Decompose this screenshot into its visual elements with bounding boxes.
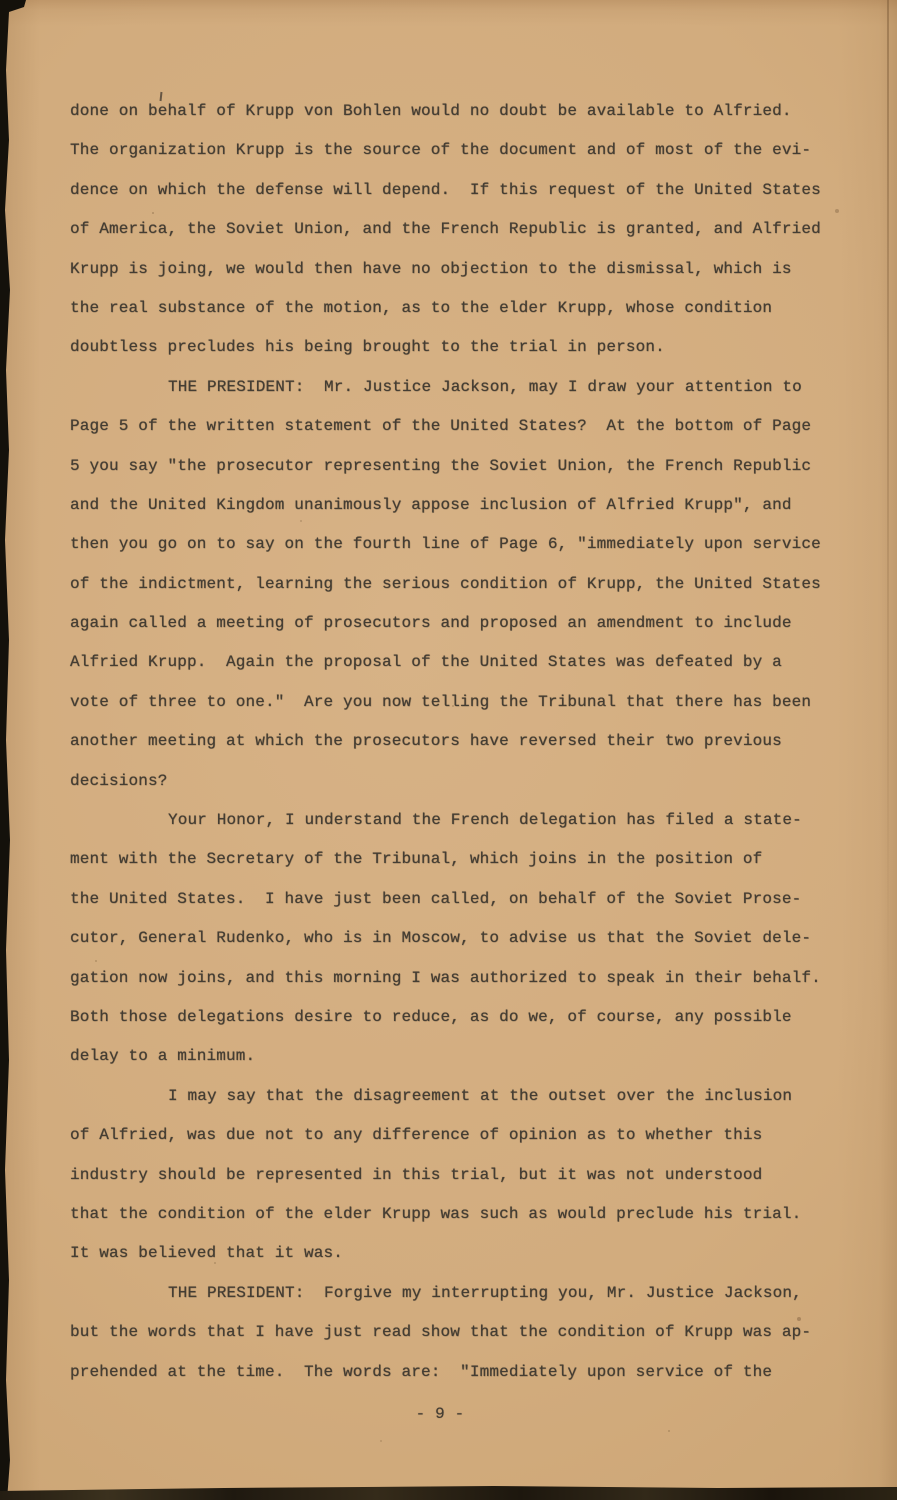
text-line: Krupp is joing, we would then have no ob… xyxy=(70,250,860,289)
text-line: and the United Kingdom unanimously appos… xyxy=(70,486,860,525)
text-line: I may say that the disagreement at the o… xyxy=(70,1077,860,1116)
text-line: ment with the Secretary of the Tribunal,… xyxy=(70,840,860,879)
text-line: Page 5 of the written statement of the U… xyxy=(70,407,860,446)
text-line: gation now joins, and this morning I was… xyxy=(70,959,860,998)
text-line: industry should be represented in this t… xyxy=(70,1156,860,1195)
text-line: again called a meeting of prosecutors an… xyxy=(70,604,860,643)
text-line: THE PRESIDENT: Forgive my interrupting y… xyxy=(70,1274,860,1313)
text-line: Your Honor, I understand the French dele… xyxy=(70,801,860,840)
text-line: the real substance of the motion, as to … xyxy=(70,289,860,328)
text-line: done on behalf of Krupp von Bohlen would… xyxy=(70,92,860,131)
text-line: doubtless precludes his being brought to… xyxy=(70,328,860,367)
text-line: but the words that I have just read show… xyxy=(70,1313,860,1352)
text-line: another meeting at which the prosecutors… xyxy=(70,722,860,761)
text-line: prehended at the time. The words are: "I… xyxy=(70,1353,860,1392)
text-line: The organization Krupp is the source of … xyxy=(70,131,860,170)
paper-crease xyxy=(887,0,889,1010)
text-line: then you go on to say on the fourth line… xyxy=(70,525,860,564)
text-line: Alfried Krupp. Again the proposal of the… xyxy=(70,643,860,682)
text-line: the United States. I have just been call… xyxy=(70,880,860,919)
text-line: that the condition of the elder Krupp wa… xyxy=(70,1195,860,1234)
transcript-text: done on behalf of Krupp von Bohlen would… xyxy=(70,92,860,1392)
text-line: dence on which the defense will depend. … xyxy=(70,171,860,210)
text-line: Both those delegations desire to reduce,… xyxy=(70,998,860,1037)
text-line: delay to a minimum. xyxy=(70,1037,860,1076)
text-line: 5 you say "the prosecutor representing t… xyxy=(70,447,860,486)
text-line: decisions? xyxy=(70,762,860,801)
text-line: of America, the Soviet Union, and the Fr… xyxy=(70,210,860,249)
scanned-page: done on behalf of Krupp von Bohlen would… xyxy=(0,0,897,1500)
text-line: THE PRESIDENT: Mr. Justice Jackson, may … xyxy=(70,368,860,407)
text-line: of the indictment, learning the serious … xyxy=(70,565,860,604)
text-line: cutor, General Rudenko, who is in Moscow… xyxy=(70,919,860,958)
text-line: of Alfried, was due not to any differenc… xyxy=(70,1116,860,1155)
text-line: vote of three to one." Are you now telli… xyxy=(70,683,860,722)
page-number: - 9 - xyxy=(0,1405,880,1423)
text-line: It was believed that it was. xyxy=(70,1234,860,1273)
